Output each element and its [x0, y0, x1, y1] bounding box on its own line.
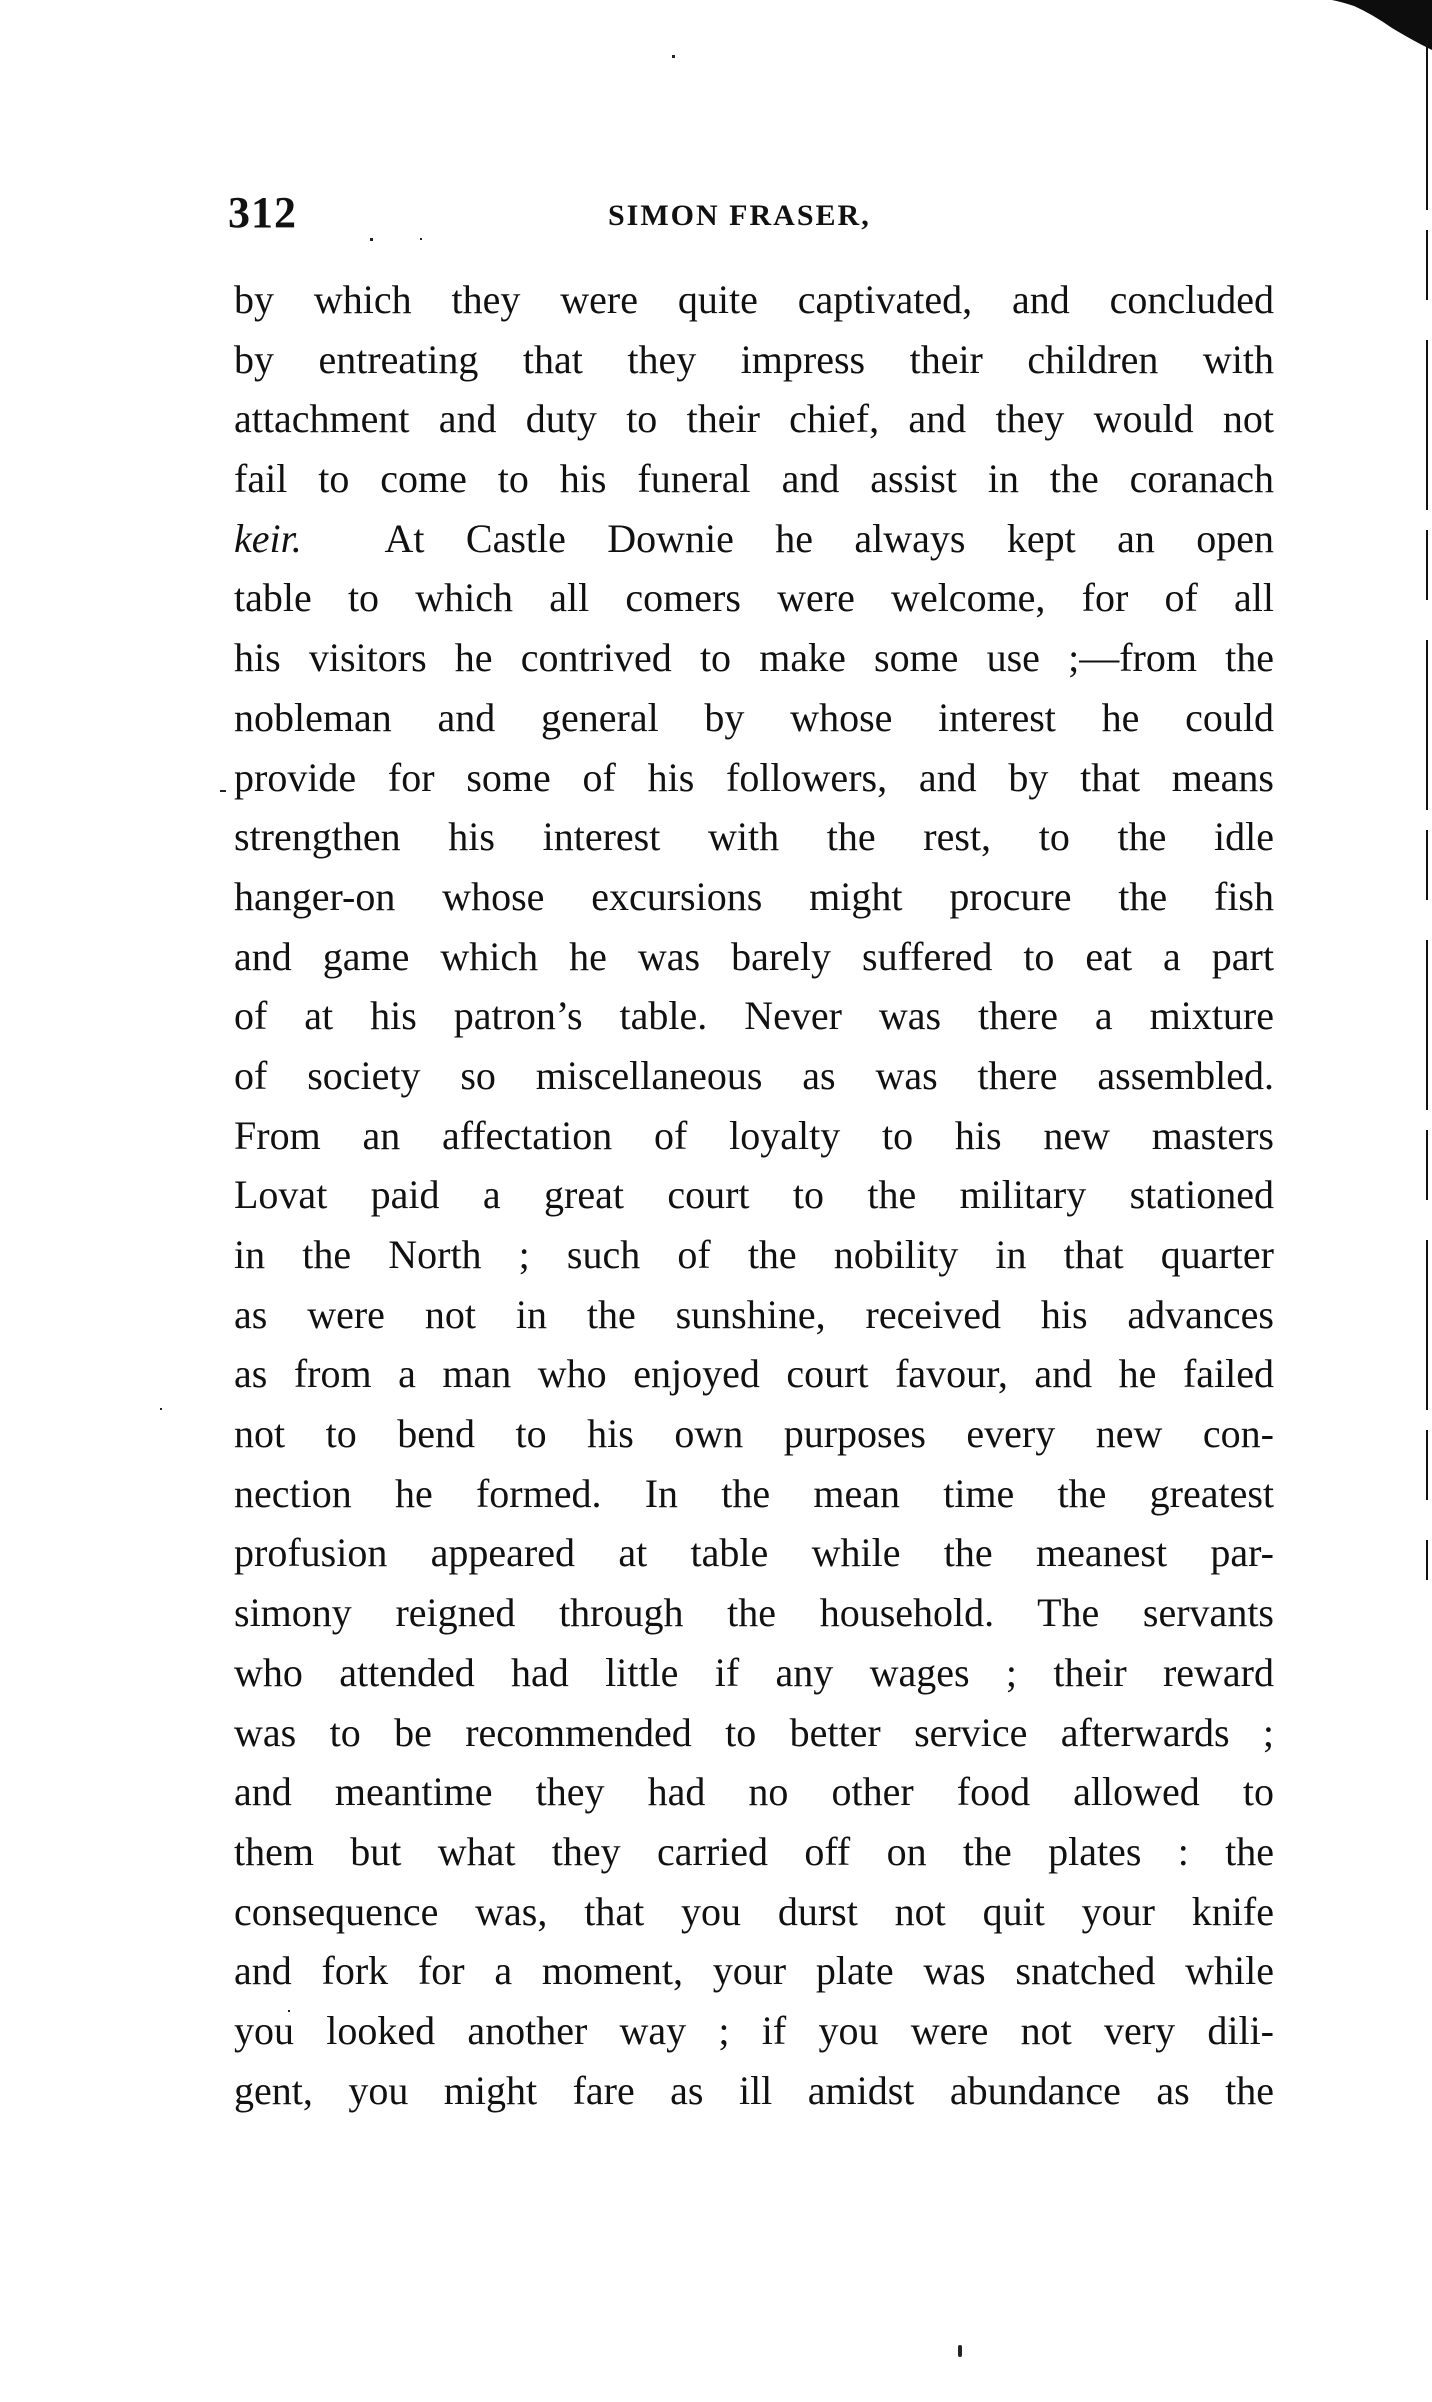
text-line: gent, you might fare as ill amidst abund… — [234, 2061, 1274, 2121]
text-line: was to be recommended to better service … — [234, 1703, 1274, 1763]
text-line: consequence was, that you durst not quit… — [234, 1882, 1274, 1942]
speck — [420, 238, 422, 240]
book-page: 312 SIMON FRASER, by which they were qui… — [0, 0, 1432, 2402]
text-line: in the North ; such of the nobility in t… — [234, 1225, 1274, 1285]
text-line-rest: At Castle Downie he always kept an open — [385, 516, 1274, 561]
text-line: who attended had little if any wages ; t… — [234, 1643, 1274, 1703]
text-line: as were not in the sunshine, received hi… — [234, 1285, 1274, 1345]
running-title: SIMON FRASER, — [608, 194, 871, 238]
body-text: by which they were quite captivated, and… — [234, 270, 1274, 2120]
text-line: hanger-on whose excursions might procure… — [234, 867, 1274, 927]
text-line: and game which he was barely suffered to… — [234, 927, 1274, 987]
text-line: by entreating that they impress their ch… — [234, 330, 1274, 390]
italic-word: keir. — [234, 516, 302, 561]
speck — [958, 2345, 962, 2357]
text-line: his visitors he contrived to make some u… — [234, 628, 1274, 688]
text-line: nobleman and general by whose interest h… — [234, 688, 1274, 748]
text-line: not to bend to his own purposes every ne… — [234, 1404, 1274, 1464]
text-line: attachment and duty to their chief, and … — [234, 389, 1274, 449]
text-line-with-italic: keir. At Castle Downie he always kept an… — [234, 509, 1274, 569]
text-line: simony reigned through the household. Th… — [234, 1583, 1274, 1643]
text-line: of at his patron’s table. Never was ther… — [234, 986, 1274, 1046]
scan-corner-shadow — [1332, 0, 1432, 50]
speck — [220, 790, 226, 792]
text-line: profusion appeared at table while the me… — [234, 1523, 1274, 1583]
text-line: fail to come to his funeral and assist i… — [234, 449, 1274, 509]
text-line: of society so miscellaneous as was there… — [234, 1046, 1274, 1106]
text-line: as from a man who enjoyed court favour, … — [234, 1344, 1274, 1404]
text-line: provide for some of his followers, and b… — [234, 748, 1274, 808]
speck — [370, 238, 373, 241]
page-number: 312 — [228, 188, 297, 238]
text-line: Lovat paid a great court to the military… — [234, 1165, 1274, 1225]
text-line: you looked another way ; if you were not… — [234, 2001, 1274, 2061]
speck — [672, 55, 675, 58]
speck — [288, 2010, 290, 2012]
text-line: and fork for a moment, your plate was sn… — [234, 1941, 1274, 2001]
text-line: and meantime they had no other food allo… — [234, 1762, 1274, 1822]
running-head: 312 SIMON FRASER, — [228, 188, 1270, 238]
text-line: From an affectation of loyalty to his ne… — [234, 1106, 1274, 1166]
text-line: by which they were quite captivated, and… — [234, 270, 1274, 330]
text-line: them but what they carried off on the pl… — [234, 1822, 1274, 1882]
text-line: nection he formed. In the mean time the … — [234, 1464, 1274, 1524]
text-line: table to which all comers were welcome, … — [234, 568, 1274, 628]
scan-edge-line — [1426, 40, 1428, 1580]
text-line: strengthen his interest with the rest, t… — [234, 807, 1274, 867]
speck — [160, 1408, 162, 1410]
